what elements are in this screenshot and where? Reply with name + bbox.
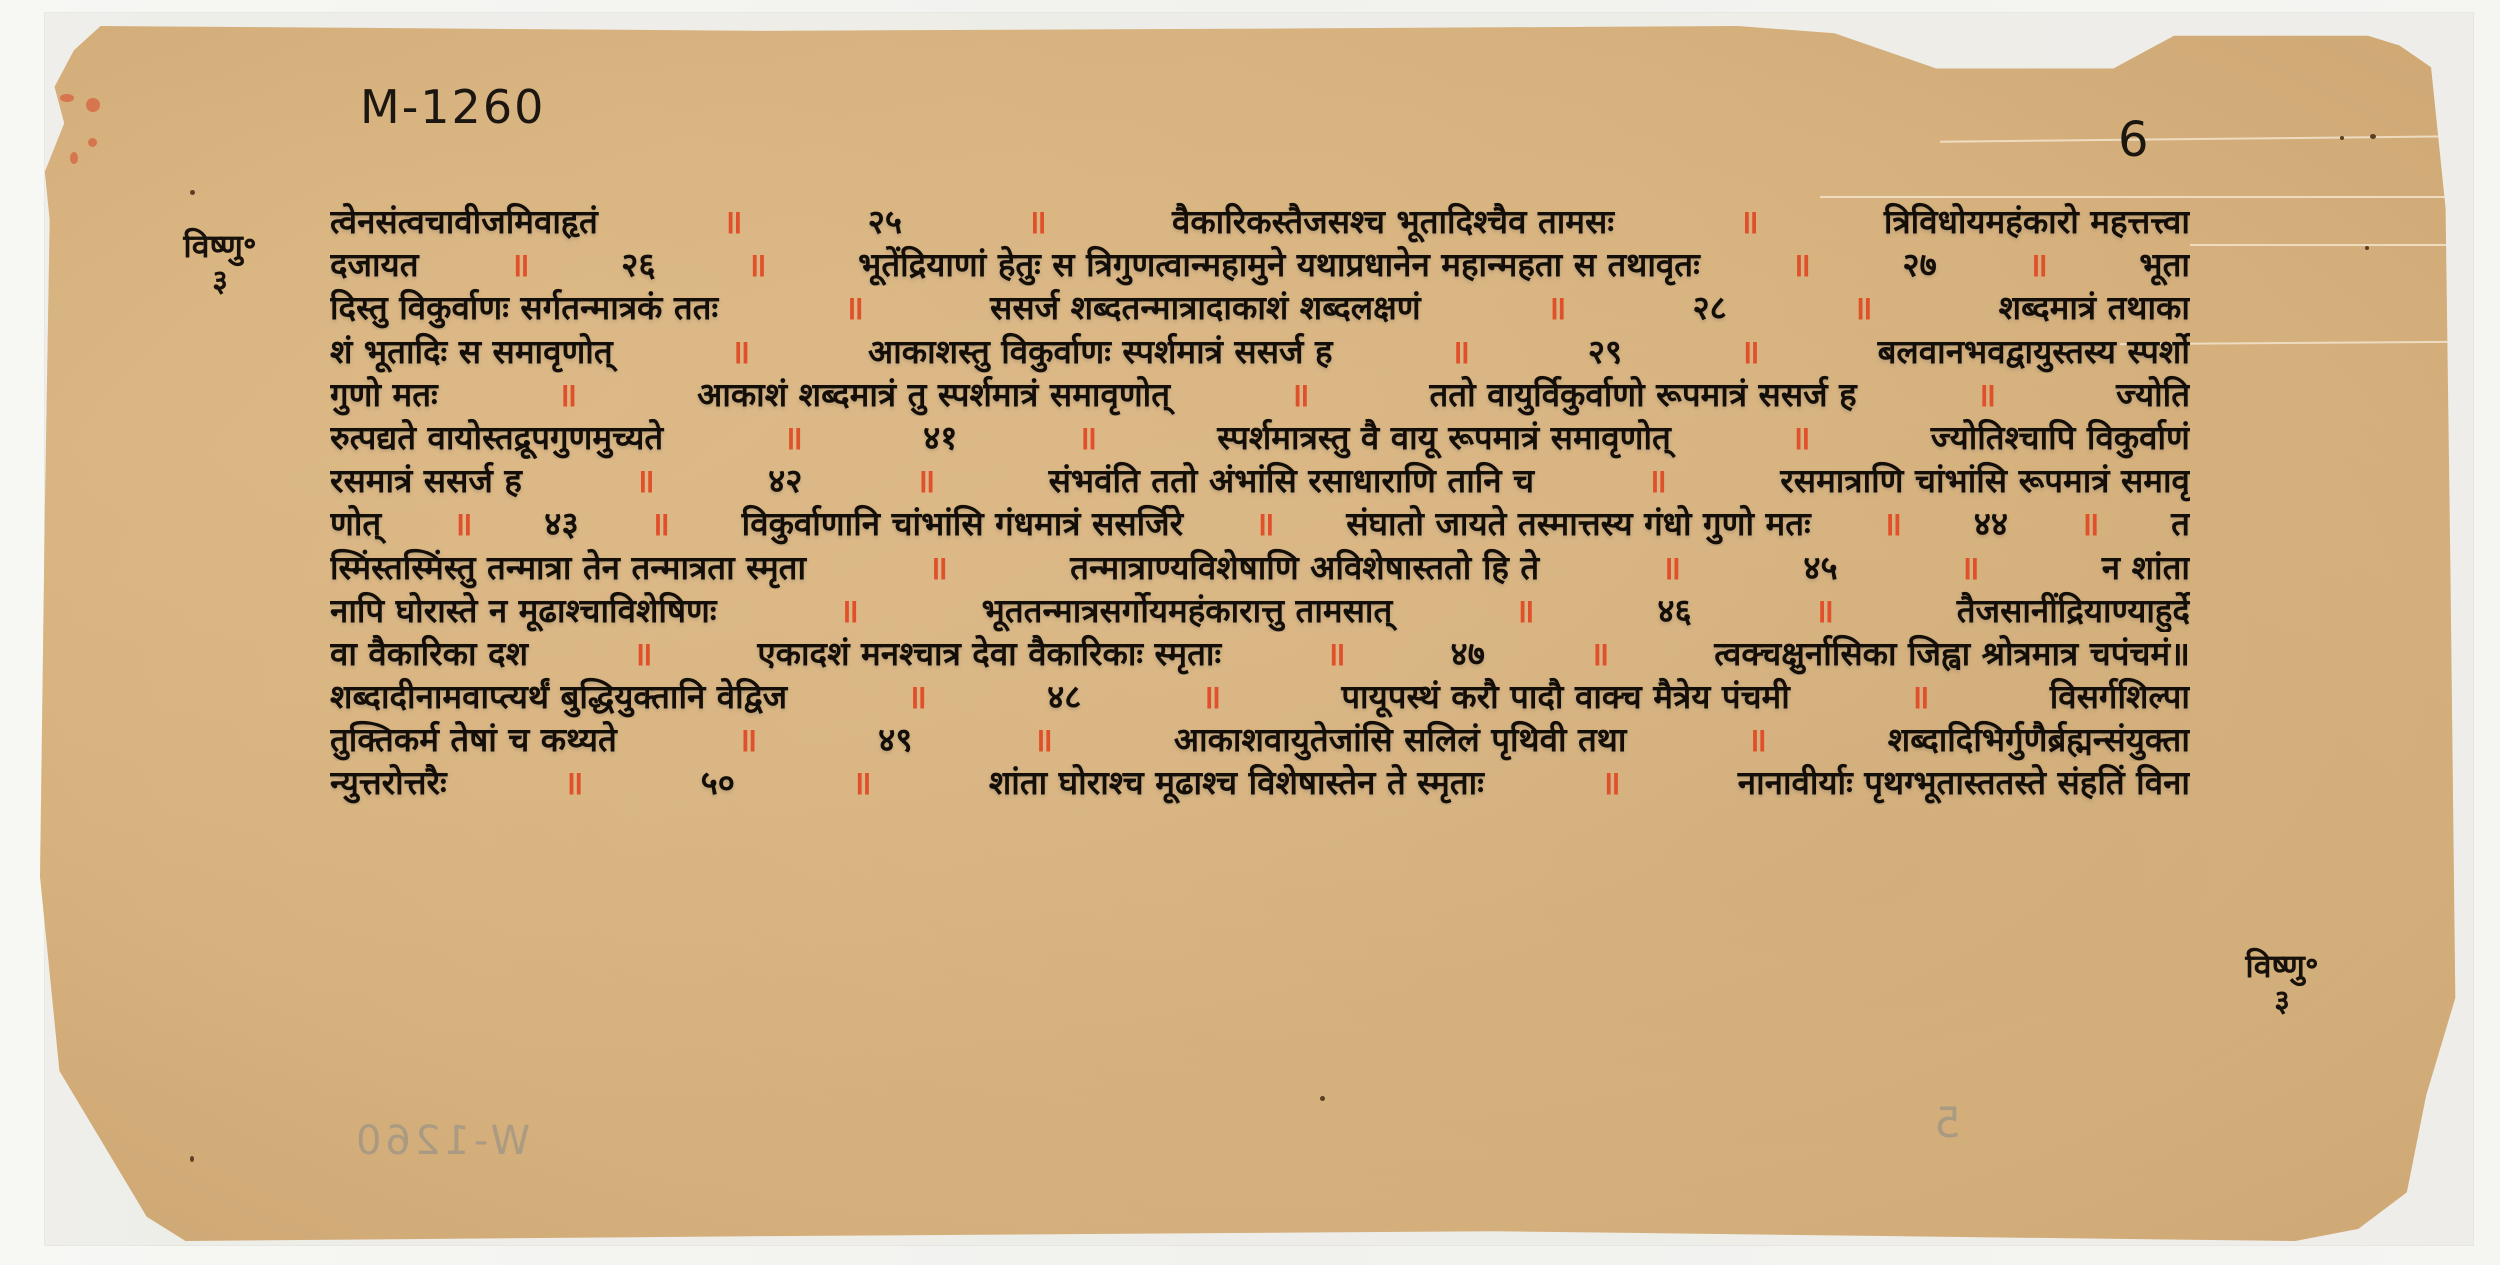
manuscript-line: दिस्तु विकुर्वाणः सर्गतन्मात्रकं ततः॥ससर… <box>330 286 2190 329</box>
scan-background: M-1260 6 W-1260 5 विष्णु॰ ३ विष्णु॰ ३ त्… <box>0 0 2500 1265</box>
accession-number: M-1260 <box>360 80 545 134</box>
verse-text: तन्मात्राण्यविशेषाणि अविशेषास्ततो हि ते <box>1070 546 1539 589</box>
verse-text: गुणो मतः <box>330 373 438 416</box>
paper-speck <box>190 1156 194 1162</box>
rubric-danda: ॥ <box>848 761 876 804</box>
manuscript-line: शब्दादीनामवाप्त्यर्थं बुद्धियुक्तानि वेद… <box>330 675 2190 718</box>
red-ink-stain <box>60 94 74 102</box>
rubric-danda: ॥ <box>631 459 659 502</box>
red-ink-stain <box>88 138 97 147</box>
bleed-through-number: 5 <box>1930 1098 1961 1147</box>
manuscript-line: तुक्तिकर्म तेषां च कथ्यते॥४९॥आकाशवायुतेज… <box>330 718 2190 761</box>
rubric-danda: ॥ <box>840 286 868 329</box>
rubric-danda: ॥ <box>1643 459 1671 502</box>
rubric-danda: ॥ <box>1787 243 1815 286</box>
verse-text: आकाशवायुतेजांसि सलिलं पृथिवी तथा <box>1174 718 1627 761</box>
manuscript-line: शं भूतादिः स समावृणोत्॥आकाशस्तु विकुर्वा… <box>330 330 2190 373</box>
verse-number: ४६ <box>1657 589 1691 632</box>
verse-text: संभवंति ततो अंभांसि रसाधाराणि तानि च <box>1049 459 1534 502</box>
verse-text: तुक्तिकर्म तेषां च कथ्यते <box>330 718 617 761</box>
paper-speck <box>2340 136 2344 140</box>
rubric-danda: ॥ <box>1787 416 1815 459</box>
verse-text: भूता <box>2139 243 2190 286</box>
rubric-danda: ॥ <box>726 330 754 373</box>
verse-text: शब्दादिभिर्गुणैर्ब्रह्मन्संयुक्ता <box>1888 718 2190 761</box>
verse-text: विकुर्वाणानि चांभांसि गंधमात्रं ससर्जिरे <box>742 502 1184 545</box>
verse-text: आकाशं शब्दमात्रं तु स्पर्शमात्रं समावृणो… <box>697 373 1170 416</box>
verse-number: ४२ <box>768 459 802 502</box>
margin-title-text: विष्णु॰ <box>160 228 280 265</box>
rubric-danda: ॥ <box>1029 718 1057 761</box>
rubric-danda: ॥ <box>1849 286 1877 329</box>
rubric-danda: ॥ <box>1197 675 1225 718</box>
verse-text: दिस्तु विकुर्वाणः सर्गतन्मात्रकं ततः <box>330 286 718 329</box>
rubric-danda: ॥ <box>1073 416 1101 459</box>
verse-number: २७ <box>1902 243 1936 286</box>
rubric-danda: ॥ <box>560 761 588 804</box>
margin-folio-number: ३ <box>160 265 280 300</box>
bleed-through-accession: W-1260 <box>352 1118 530 1164</box>
rubric-danda: ॥ <box>1597 761 1625 804</box>
manuscript-line: वा वैकारिका दश॥एकादशं मनश्चात्र देवा वैक… <box>330 632 2190 675</box>
verse-number: ४५ <box>1803 546 1837 589</box>
verse-text: न शांता <box>2102 546 2190 589</box>
verse-text: त्वेनसंत्वचावीजमिवाहृतं <box>330 200 598 243</box>
verse-number: ४४ <box>1974 502 2008 545</box>
verse-text: शब्दादीनामवाप्त्यर्थं बुद्धियुक्तानि वेद… <box>330 675 787 718</box>
manuscript-line: नापि घोरास्ते न मूढाश्चाविशेषिणः॥भूततन्म… <box>330 589 2190 632</box>
manuscript-line: रुत्पद्यते वायोस्तद्रूपगुणमुच्यते॥४१॥स्प… <box>330 416 2190 459</box>
rubric-danda: ॥ <box>1251 502 1279 545</box>
verse-text: नानावीर्याः पृथग्भूतास्ततस्ते संहतिं विन… <box>1738 761 2190 804</box>
rubric-danda: ॥ <box>734 718 762 761</box>
rubric-danda: ॥ <box>449 502 477 545</box>
verse-number: ४८ <box>1047 675 1081 718</box>
manuscript-line: रसमात्रं ससर्ज ह॥४२॥संभवंति ततो अंभांसि … <box>330 459 2190 502</box>
verse-text: रसमात्रं ससर्ज ह <box>330 459 522 502</box>
verse-text: वा वैकारिका दश <box>330 632 528 675</box>
manuscript-line: णोत्॥४३॥विकुर्वाणानि चांभांसि गंधमात्रं … <box>330 502 2190 545</box>
verse-number: ४९ <box>878 718 912 761</box>
rubric-danda: ॥ <box>1956 546 1984 589</box>
margin-folio-number: ३ <box>2222 985 2342 1020</box>
paper-speck <box>2365 246 2369 250</box>
fold-crease <box>1940 135 2460 142</box>
verse-text: ज्योति <box>2116 373 2190 416</box>
rubric-danda: ॥ <box>2024 243 2052 286</box>
rubric-danda: ॥ <box>1906 675 1934 718</box>
verse-text: आकाशस्तु विकुर्वाणः स्पर्शमात्रं ससर्ज ह <box>868 330 1332 373</box>
rubric-danda: ॥ <box>1286 373 1314 416</box>
verse-text: ज्योतिश्चापि विकुर्वाणं <box>1931 416 2190 459</box>
rubric-danda: ॥ <box>646 502 674 545</box>
verse-text: एकादशं मनश्चात्र देवा वैकारिकाः स्मृताः <box>757 632 1221 675</box>
left-margin-title: विष्णु॰ ३ <box>160 228 280 299</box>
verse-text: शब्दमात्रं तथाका <box>1999 286 2190 329</box>
manuscript-line: त्वेनसंत्वचावीजमिवाहृतं॥२५॥वैकारिकस्तैजस… <box>330 200 2190 243</box>
rubric-danda: ॥ <box>1023 200 1051 243</box>
rubric-danda: ॥ <box>629 632 657 675</box>
manuscript-line: स्मिंस्तस्मिंस्तु तन्मात्रा तेन तन्मात्र… <box>330 546 2190 589</box>
rubric-danda: ॥ <box>1735 200 1763 243</box>
rubric-danda: ॥ <box>1878 502 1906 545</box>
verse-text: रसमात्राणि चांभांसि रूपमात्रं समावृ <box>1780 459 2190 502</box>
verse-text: णोत् <box>330 502 381 545</box>
paper-speck <box>190 190 195 195</box>
verse-number: ४७ <box>1451 632 1485 675</box>
verse-number: २५ <box>868 200 902 243</box>
verse-text: शं भूतादिः स समावृणोत् <box>330 330 613 373</box>
verse-text: भूततन्मात्रसर्गोयमहंकारात्तु तामसात् <box>982 589 1393 632</box>
manuscript-line: न्युत्तरोत्तरैः॥५०॥शांता घोराश्च मूढाश्च… <box>330 761 2190 804</box>
verse-text: त्रिविधोयमहंकारो महत्तत्त्वा <box>1884 200 2190 243</box>
verse-number: २९ <box>1588 330 1622 373</box>
rubric-danda: ॥ <box>835 589 863 632</box>
verse-text: स्मिंस्तस्मिंस्तु तन्मात्रा तेन तन्मात्र… <box>330 546 806 589</box>
verse-number: २८ <box>1693 286 1727 329</box>
rubric-danda: ॥ <box>743 243 771 286</box>
verse-text: त <box>2171 502 2190 545</box>
rubric-danda: ॥ <box>1446 330 1474 373</box>
verse-number: २६ <box>621 243 655 286</box>
verse-text: शांता घोराश्च मूढाश्च विशेषास्तेन ते स्म… <box>989 761 1484 804</box>
fold-crease <box>2190 244 2460 246</box>
right-margin-title: विष्णु॰ ३ <box>2222 948 2342 1019</box>
verse-text: न्युत्तरोत्तरैः <box>330 761 447 804</box>
rubric-danda: ॥ <box>506 243 534 286</box>
verse-number: ५० <box>701 761 735 804</box>
rubric-danda: ॥ <box>554 373 582 416</box>
fold-crease <box>1820 196 2460 198</box>
verse-text: भूतेंद्रियाणां हेतुः स त्रिगुणत्वान्महाम… <box>858 243 1700 286</box>
rubric-danda: ॥ <box>779 416 807 459</box>
verse-text: पायूपस्थं करौ पादौ वाक्च मैत्रेय पंचमी <box>1341 675 1790 718</box>
red-ink-stain <box>86 98 100 112</box>
verse-text: रुत्पद्यते वायोस्तद्रूपगुणमुच्यते <box>330 416 663 459</box>
rubric-danda: ॥ <box>2076 502 2104 545</box>
verse-text: तैजसानींद्रियाण्याहुर्दे <box>1957 589 2190 632</box>
verse-number: ४१ <box>923 416 957 459</box>
rubric-danda: ॥ <box>1511 589 1539 632</box>
rubric-danda: ॥ <box>1322 632 1350 675</box>
verse-text: वैकारिकस्तैजसश्च भूतादिश्चैव तामसः <box>1172 200 1614 243</box>
rubric-danda: ॥ <box>903 675 931 718</box>
rubric-danda: ॥ <box>924 546 952 589</box>
rubric-danda: ॥ <box>1736 330 1764 373</box>
rubric-danda: ॥ <box>1810 589 1838 632</box>
rubric-danda: ॥ <box>1743 718 1771 761</box>
rubric-danda: ॥ <box>912 459 940 502</box>
verse-text: स्पर्शमात्रस्तु वै वायू रूपमात्रं समावृण… <box>1217 416 1671 459</box>
folio-number: 6 <box>2118 112 2151 168</box>
manuscript-line: गुणो मतः॥आकाशं शब्दमात्रं तु स्पर्शमात्र… <box>330 373 2190 416</box>
verse-text: नापि घोरास्ते न मूढाश्चाविशेषिणः <box>330 589 717 632</box>
verse-text: दजायत <box>330 243 419 286</box>
verse-text: संघातो जायते तस्मात्तस्य गंधो गुणो मतः <box>1346 502 1810 545</box>
rubric-danda: ॥ <box>1972 373 2000 416</box>
manuscript-line: दजायत॥२६॥भूतेंद्रियाणां हेतुः स त्रिगुणत… <box>330 243 2190 286</box>
manuscript-text-block: त्वेनसंत्वचावीजमिवाहृतं॥२५॥वैकारिकस्तैजस… <box>330 200 2190 805</box>
paper-speck <box>1320 1096 1325 1101</box>
verse-number: ४३ <box>544 502 578 545</box>
rubric-danda: ॥ <box>719 200 747 243</box>
verse-text: विसर्गशिल्पा <box>2050 675 2190 718</box>
rubric-danda: ॥ <box>1657 546 1685 589</box>
margin-title-text: विष्णु॰ <box>2222 948 2342 985</box>
rubric-danda: ॥ <box>1543 286 1571 329</box>
rubric-danda: ॥ <box>1586 632 1614 675</box>
red-ink-stain <box>70 152 78 164</box>
paper-speck <box>2370 134 2376 139</box>
verse-text: ससर्ज शब्दतन्मात्रादाकाशं शब्दलक्षणं <box>990 286 1421 329</box>
verse-text: बलवानभवद्वायुस्तस्य स्पर्शो <box>1878 330 2190 373</box>
verse-text: त्वक्चक्षुर्नासिका जिह्वा श्रोत्रमात्र च… <box>1714 632 2190 675</box>
verse-text: ततो वायुर्विकुर्वाणो रूपमात्रं ससर्ज ह <box>1429 373 1856 416</box>
